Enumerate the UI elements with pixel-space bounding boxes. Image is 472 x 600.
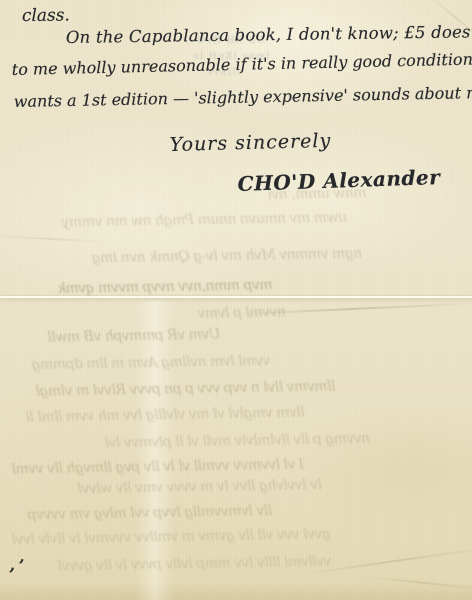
bleedthrough-line: nvvml p lvmv xyxy=(198,304,286,322)
bleedthrough-line: gvvl vvv vll llv gvmv m vmllvv vvvmvl lv… xyxy=(12,526,331,548)
bleedthrough-line: lv lvvlvhg llvv lv m vvvv vmv llv wlvvl xyxy=(78,477,322,497)
signature: CHO'D Alexander xyxy=(237,165,440,196)
bleedthrough-line: ngm vmmnv Mvh mv lv-g Qnmk nvn lmg xyxy=(92,246,362,267)
bleedthrough-line: llv lvmvvmllg lvvp vvl mlvg vm vvvvp xyxy=(28,503,272,523)
ink-mark: ,’ xyxy=(9,555,27,577)
bleedthrough-line: vvml lvm nvllmg Avm m llm dpmmg xyxy=(32,353,270,373)
wrinkle-shadow xyxy=(360,575,472,591)
bleedthrough-line: l vl lvvmvv vvmll vl lv llv pvg llmvgh l… xyxy=(12,456,304,477)
bleedthrough-line: uwm mv nmuvn nnum Pmgh nw mn vmmy xyxy=(62,210,347,231)
bleedthrough-line: llmvmv llvl n vvp vvv p pn pvvv Rlvvl m … xyxy=(36,378,336,399)
handwriting-line: class. xyxy=(22,5,70,26)
scanned-letter-page: OB RH HvO Imnv lXnH lv vllnvv mnw umm, n… xyxy=(0,0,472,600)
bleedthrough-line: mvp mmn,nvv nvvp mvvm qvmk xyxy=(58,277,273,297)
bleedthrough-line: vvllvml llllv lvv mmp lvllv pvvv lv llv … xyxy=(58,554,332,575)
handwriting-line: On the Capablanca book, I don't know; £5… xyxy=(66,21,472,47)
handwriting-line: wants a 1st edition — 'slightly expensiv… xyxy=(14,83,472,111)
bleedthrough-line: nvvmg p llv llvlmlvlv mvll vl ll plvmvv … xyxy=(105,431,370,452)
wrinkle-shadow xyxy=(0,235,110,243)
bleedthrough-line: llvm vmglvl vl mv vlvlllg lvv mh vvm llm… xyxy=(26,405,305,426)
bleedthrough-line: Uvm vR pmmvph vB mwll xyxy=(48,326,221,345)
closing-line: Yours sincerely xyxy=(169,130,331,156)
